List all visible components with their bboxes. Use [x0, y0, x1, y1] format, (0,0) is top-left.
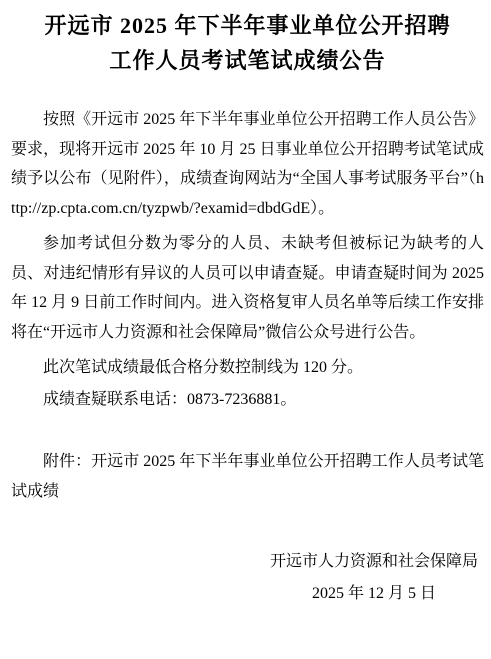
document-title-line-1: 开远市 2025 年下半年事业单位公开招聘	[11, 8, 484, 43]
document-title: 开远市 2025 年下半年事业单位公开招聘 工作人员考试笔试成绩公告	[11, 8, 484, 78]
issuer-name: 开远市人力资源和社会保障局	[270, 546, 478, 578]
document-body: 按照《开远市 2025 年下半年事业单位公开招聘工作人员公告》要求，现将开远市 …	[11, 105, 484, 610]
paragraph-announcement: 按照《开远市 2025 年下半年事业单位公开招聘工作人员公告》要求，现将开远市 …	[11, 105, 484, 223]
document-title-line-2: 工作人员考试笔试成绩公告	[11, 43, 484, 78]
paragraph-passing-score-line: 此次笔试成绩最低合格分数控制线为 120 分。	[11, 353, 484, 383]
issue-date: 2025 年 12 月 5 日	[270, 578, 478, 610]
paragraph-contact-phone: 成绩查疑联系电话：0873-7236881。	[11, 385, 484, 415]
paragraph-score-query: 参加考试但分数为零分的人员、未缺考但被标记为缺考的人员、对违纪情形有异议的人员可…	[11, 229, 484, 347]
attachment-line: 附件：开远市 2025 年下半年事业单位公开招聘工作人员考试笔试成绩	[11, 447, 484, 506]
signature-block: 开远市人力资源和社会保障局 2025 年 12 月 5 日	[270, 546, 478, 610]
document-page: 开远市 2025 年下半年事业单位公开招聘 工作人员考试笔试成绩公告 按照《开远…	[0, 0, 491, 659]
